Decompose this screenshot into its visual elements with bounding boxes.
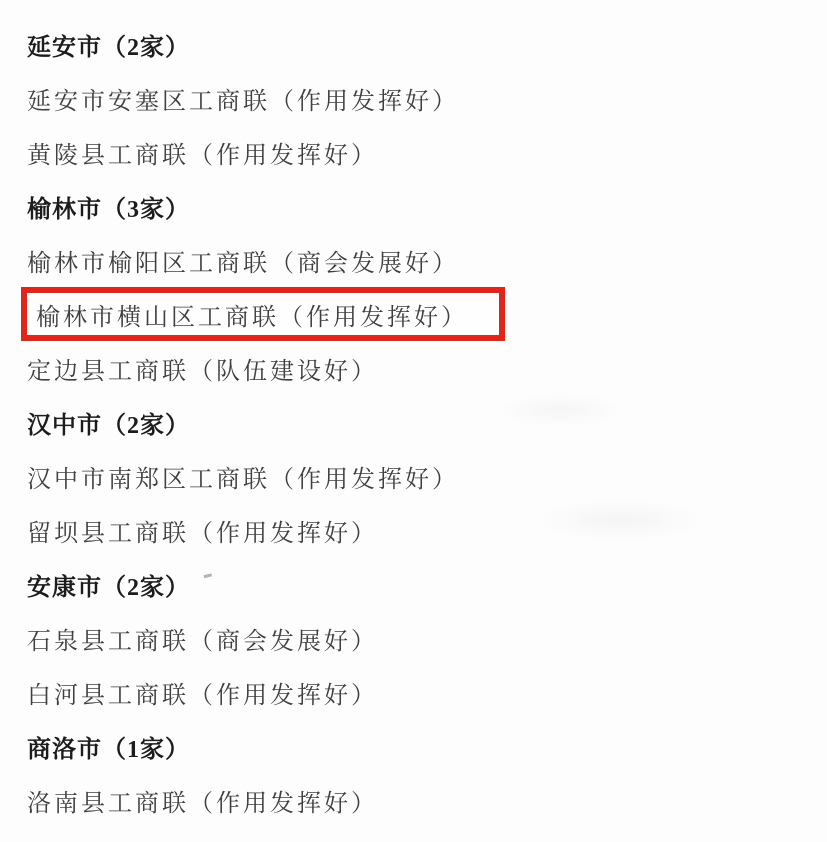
list-item: 白河县工商联（作用发挥好） bbox=[27, 665, 827, 719]
list-item: 留坝县工商联（作用发挥好） bbox=[27, 503, 827, 557]
entry-label: 留坝县工商联（作用发挥好） bbox=[27, 513, 378, 548]
highlight-box: 榆林市横山区工商联（作用发挥好） bbox=[21, 287, 505, 341]
list-item: 石泉县工商联（商会发展好） bbox=[27, 611, 827, 665]
list-item: 延安市安塞区工商联（作用发挥好） bbox=[27, 71, 827, 125]
entry-label: 洛南县工商联（作用发挥好） bbox=[27, 783, 378, 818]
city-header-label: 商洛市（1家） bbox=[27, 729, 190, 764]
entry-label: 榆林市榆阳区工商联（商会发展好） bbox=[27, 243, 459, 278]
entry-label: 延安市安塞区工商联（作用发挥好） bbox=[27, 81, 459, 116]
city-section-header-yulin: 榆林市（3家） bbox=[27, 179, 827, 233]
entry-label: 汉中市南郑区工商联（作用发挥好） bbox=[27, 459, 459, 494]
city-header-label: 榆林市（3家） bbox=[27, 189, 190, 224]
city-section-header-shangluo: 商洛市（1家） bbox=[27, 719, 827, 773]
list-item-highlighted: 榆林市横山区工商联（作用发挥好） bbox=[27, 287, 827, 341]
document-page: 延安市（2家） 延安市安塞区工商联（作用发挥好） 黄陵县工商联（作用发挥好） 榆… bbox=[0, 0, 827, 842]
entry-label: 榆林市横山区工商联（作用发挥好） bbox=[36, 297, 468, 332]
entry-label: 定边县工商联（队伍建设好） bbox=[27, 351, 378, 386]
city-header-label: 安康市（2家） bbox=[27, 567, 190, 602]
city-header-label: 延安市（2家） bbox=[27, 27, 190, 62]
entry-label: 白河县工商联（作用发挥好） bbox=[27, 675, 378, 710]
city-section-header-ankang: 安康市（2家） bbox=[27, 557, 827, 611]
list-item: 黄陵县工商联（作用发挥好） bbox=[27, 125, 827, 179]
city-section-header-yanan: 延安市（2家） bbox=[27, 17, 827, 71]
entry-label: 石泉县工商联（商会发展好） bbox=[27, 621, 378, 656]
scan-artifact-mark bbox=[204, 573, 212, 578]
list-item: 汉中市南郑区工商联（作用发挥好） bbox=[27, 449, 827, 503]
city-section-header-hanzhong: 汉中市（2家） bbox=[27, 395, 827, 449]
list-item: 洛南县工商联（作用发挥好） bbox=[27, 773, 827, 827]
list-item: 榆林市榆阳区工商联（商会发展好） bbox=[27, 233, 827, 287]
city-header-label: 汉中市（2家） bbox=[27, 405, 190, 440]
entry-label: 黄陵县工商联（作用发挥好） bbox=[27, 135, 378, 170]
list-item: 定边县工商联（队伍建设好） bbox=[27, 341, 827, 395]
